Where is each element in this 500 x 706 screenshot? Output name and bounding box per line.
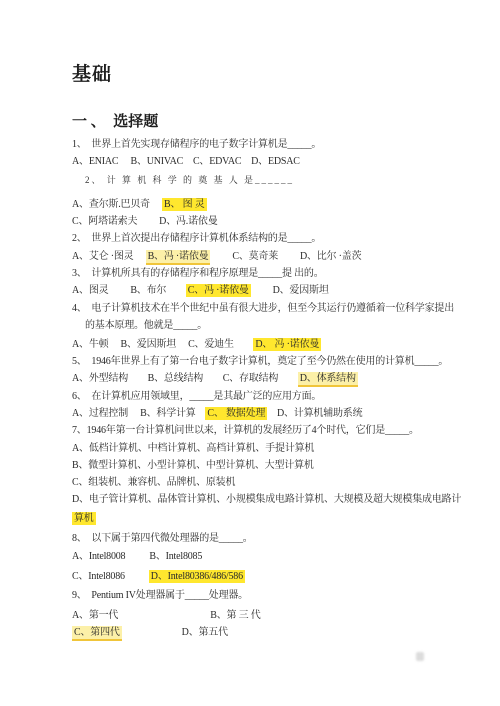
text-segment: 1、 世界上首先实现存储程序的电子数字计算机是_____。 <box>72 139 321 150</box>
text-segment: A、艾仑 ·图灵 <box>72 251 146 262</box>
answer-highlight: B、冯 ·诺依曼 <box>146 250 211 265</box>
text-segment: 9、 Pentium IV处理器属于_____处理器。 <box>72 590 248 601</box>
options-4: A、牛顿 B、爱因斯坦 C、爱迪生 D、 冯 ·诺依曼 <box>72 336 472 353</box>
question-4-line1: 4、 电子计算机技术在半个世纪中虽有很大进步，但至今其运行仍遵循着一位科学家提出 <box>72 300 472 317</box>
text-segment: D、电子管计算机、晶体管计算机、小规模集成电路计算机、大规模及超大规模集成电路计 <box>72 494 461 505</box>
text-segment: A、Intel8008 <box>72 551 125 562</box>
options-7-c: C、组装机、兼容机、品牌机、原装机 <box>72 474 472 491</box>
text-segment: 5、 1946年世界上有了第一台电子数字计算机，奠定了至今仍然在使用的计算机__… <box>72 356 448 367</box>
text-segment: B、第 三 代 <box>210 610 260 621</box>
question-list: 1、 世界上首先实现存储程序的电子数字计算机是_____。A、ENIAC B、U… <box>72 136 472 641</box>
text-segment: 2、 计 算 机 科 学 的 奠 基 人 是______ <box>85 175 294 185</box>
text-segment: C、组装机、兼容机、品牌机、原装机 <box>72 477 235 488</box>
scan-artifact-mark <box>416 652 424 661</box>
options-7-a: A、低档计算机、中档计算机、高档计算机、手提计算机 <box>72 440 472 457</box>
options-3: A、图灵 B、布尔 C、冯 ·诺依曼 D、爱因斯坦 <box>72 282 472 299</box>
answer-highlight: B、 图 灵 <box>162 198 206 211</box>
options-8-row2: C、Intel8086D、Intel80386/486/586 <box>72 568 472 585</box>
question-2b: 2、 世界上首次提出存储程序计算机体系结构的是_____。 <box>72 230 472 247</box>
options-7-b: B、微型计算机、小型计算机、中型计算机、大型计算机 <box>72 457 472 474</box>
text-segment: C、Intel8086 <box>72 571 125 582</box>
text-segment: A、查尔斯.巴贝奇 <box>72 199 162 210</box>
section-heading: 一 、 选择题 <box>72 112 472 132</box>
question-9: 9、 Pentium IV处理器属于_____处理器。 <box>72 587 472 604</box>
text-segment: A、ENIAC B、UNIVAC C、EDVAC D、EDSAC <box>72 156 300 167</box>
answer-highlight: D、 冯 ·诺依曼 <box>253 338 321 351</box>
text-segment: A、过程控制 B、科学计算 <box>72 408 205 419</box>
options-1: A、ENIAC B、UNIVAC C、EDVAC D、EDSAC <box>72 153 472 170</box>
text-segment: 4、 电子计算机技术在半个世纪中虽有很大进步，但至今其运行仍遵循着一位科学家提出 <box>72 303 454 314</box>
text-segment: A、图灵 B、布尔 <box>72 285 186 296</box>
options-7-d-line1: D、电子管计算机、晶体管计算机、小规模集成电路计算机、大规模及超大规模集成电路计 <box>72 491 472 508</box>
question-5: 5、 1946年世界上有了第一台电子数字计算机，奠定了至今仍然在使用的计算机__… <box>72 353 472 370</box>
document-page: 基础 一 、 选择题 1、 世界上首先实现存储程序的电子数字计算机是_____。… <box>0 0 500 706</box>
text-segment: 6、 在计算机应用领域里，_____是其最广泛的应用方面。 <box>72 391 321 402</box>
text-segment: D、计算机辅助系统 <box>267 408 362 419</box>
answer-highlight: C、 数据处理 <box>205 407 267 420</box>
text-segment: B、Intel8085 <box>149 551 202 562</box>
text-segment: A、第一代 <box>72 610 118 621</box>
options-7-d-line2: 算机 <box>72 510 472 527</box>
text-segment: 2、 世界上首次提出存储程序计算机体系结构的是_____。 <box>72 233 321 244</box>
options-2a-row2: C、阿塔诺索夫 D、冯.诺依曼 <box>72 213 472 230</box>
options-2a-row1: A、查尔斯.巴贝奇 B、 图 灵 <box>72 196 472 213</box>
answer-highlight: 算机 <box>72 512 96 525</box>
text-segment: D、爱因斯坦 <box>251 285 329 296</box>
text-segment: A、低档计算机、中档计算机、高档计算机、手提计算机 <box>72 443 314 454</box>
answer-highlight: C、第四代 <box>72 626 122 641</box>
text-segment: B、微型计算机、小型计算机、中型计算机、大型计算机 <box>72 460 314 471</box>
text-segment: D、第五代 <box>182 627 228 638</box>
text-segment: 的基本原理。他就是_____。 <box>85 320 207 331</box>
options-6: A、过程控制 B、科学计算 C、 数据处理 D、计算机辅助系统 <box>72 405 472 422</box>
text-segment: C、莫奇莱 D、比尔 ·盖茨 <box>210 251 361 262</box>
text-segment: C、阿塔诺索夫 D、冯.诺依曼 <box>72 216 218 227</box>
answer-highlight: D、Intel80386/486/586 <box>149 570 245 583</box>
text-segment: 7、1946年第一台计算机问世以来，计算机的发展经历了4个时代，它们是_____… <box>72 425 419 436</box>
answer-highlight: C、冯 ·诺依曼 <box>186 284 251 297</box>
options-9-row2: C、第四代D、第五代 <box>72 624 472 641</box>
question-8: 8、 以下属于第四代微处理器的是_____。 <box>72 530 472 547</box>
options-2b: A、艾仑 ·图灵 B、冯 ·诺依曼 C、莫奇莱 D、比尔 ·盖茨 <box>72 248 472 265</box>
document-content: 基础 一 、 选择题 1、 世界上首先实现存储程序的电子数字计算机是_____。… <box>72 64 472 641</box>
document-title: 基础 <box>72 64 472 86</box>
options-5: A、外型结构 B、总线结构 C、存取结构 D、体系结构 <box>72 370 472 387</box>
question-4-line2: 的基本原理。他就是_____。 <box>85 317 472 334</box>
text-segment: 8、 以下属于第四代微处理器的是_____。 <box>72 533 253 544</box>
question-2a: 2、 计 算 机 科 学 的 奠 基 人 是______ <box>85 172 472 188</box>
options-8-row1: A、Intel8008B、Intel8085 <box>72 548 472 565</box>
answer-highlight: D、体系结构 <box>298 372 358 387</box>
options-9-row1: A、第一代B、第 三 代 <box>72 607 472 624</box>
question-6: 6、 在计算机应用领域里，_____是其最广泛的应用方面。 <box>72 388 472 405</box>
question-7: 7、1946年第一台计算机问世以来，计算机的发展经历了4个时代，它们是_____… <box>72 422 472 439</box>
text-segment: A、牛顿 B、爱因斯坦 C、爱迪生 <box>72 339 253 350</box>
text-segment: A、外型结构 B、总线结构 C、存取结构 <box>72 373 298 384</box>
question-1: 1、 世界上首先实现存储程序的电子数字计算机是_____。 <box>72 136 472 153</box>
question-3: 3、 计算机所具有的存储程序和程序原理是_____提 出的。 <box>72 265 472 282</box>
text-segment: 3、 计算机所具有的存储程序和程序原理是_____提 出的。 <box>72 268 324 279</box>
